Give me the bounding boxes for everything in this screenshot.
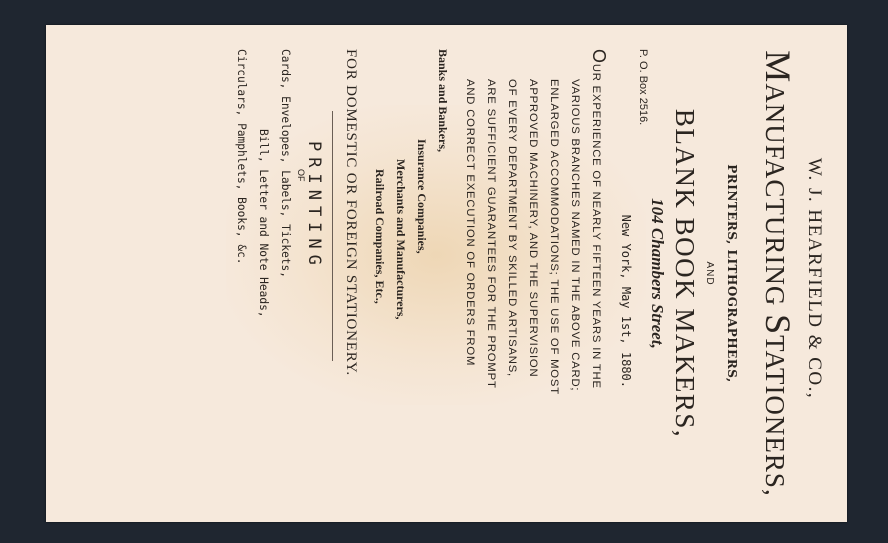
card-title: MANUFACTURING STATIONERS, [757,49,799,498]
po-box: P. O. Box 2516. [637,49,649,498]
company-name: W. J. HEARFIELD & CO., [803,59,825,498]
paragraph-line: OUR EXPERIENCE OF NEARLY FIFTEEN YEARS I… [585,49,609,498]
printing-heading: PRINTING [304,49,324,498]
paragraph-line: OF EVERY DEPARTMENT BY SKILLED ARTISANS, [501,49,522,498]
paragraph-line: ARE SUFFICIENT GUARANTEES FOR THE PROMPT [480,49,501,498]
client-item: Merchants and Manufacturers, [390,49,411,498]
experience-paragraph: OUR EXPERIENCE OF NEARLY FIFTEEN YEARS I… [459,49,609,498]
paragraph-line: APPROVED MACHINERY, AND THE SUPERVISION [522,49,543,498]
street-address: 104 Chambers Street, [647,49,667,498]
clients-list: Banks and Bankers, Insurance Companies, … [369,49,453,498]
printing-item: Circulars, Pamphlets, Books, &c. [230,49,252,498]
business-card: W. J. HEARFIELD & CO., MANUFACTURING STA… [46,25,847,522]
card-content: W. J. HEARFIELD & CO., MANUFACTURING STA… [46,25,847,522]
foreign-stationery: FOR DOMESTIC OR FOREIGN STATIONERY. [342,49,359,498]
paragraph-line: AND CORRECT EXECUTION OF ORDERS FROM [459,49,480,498]
client-item: Banks and Bankers, [432,49,453,498]
client-item: Insurance Companies, [411,49,432,498]
printing-item: Bill, Letter and Note Heads, [252,49,274,498]
and-line: AND [704,49,715,498]
client-item: Railroad Companies, Etc., [369,49,390,498]
date-line: New York, May 1st, 1880. [619,49,633,498]
of-line: OF [296,49,306,498]
blank-book-makers: BLANK BOOK MAKERS, [669,49,700,498]
printers-line: PRINTERS, LITHOGRAPHERS, [725,49,739,498]
divider-rule [332,111,333,361]
printing-item: Cards, Envelopes, Labels, Tickets, [274,49,296,498]
paragraph-line: VARIOUS BRANCHES NAMED IN THE ABOVE CARD… [564,49,585,498]
paragraph-line: ENLARGED ACCOMMODATIONS; THE USE OF MOST [543,49,564,498]
printing-items: Cards, Envelopes, Labels, Tickets, Bill,… [230,49,296,498]
